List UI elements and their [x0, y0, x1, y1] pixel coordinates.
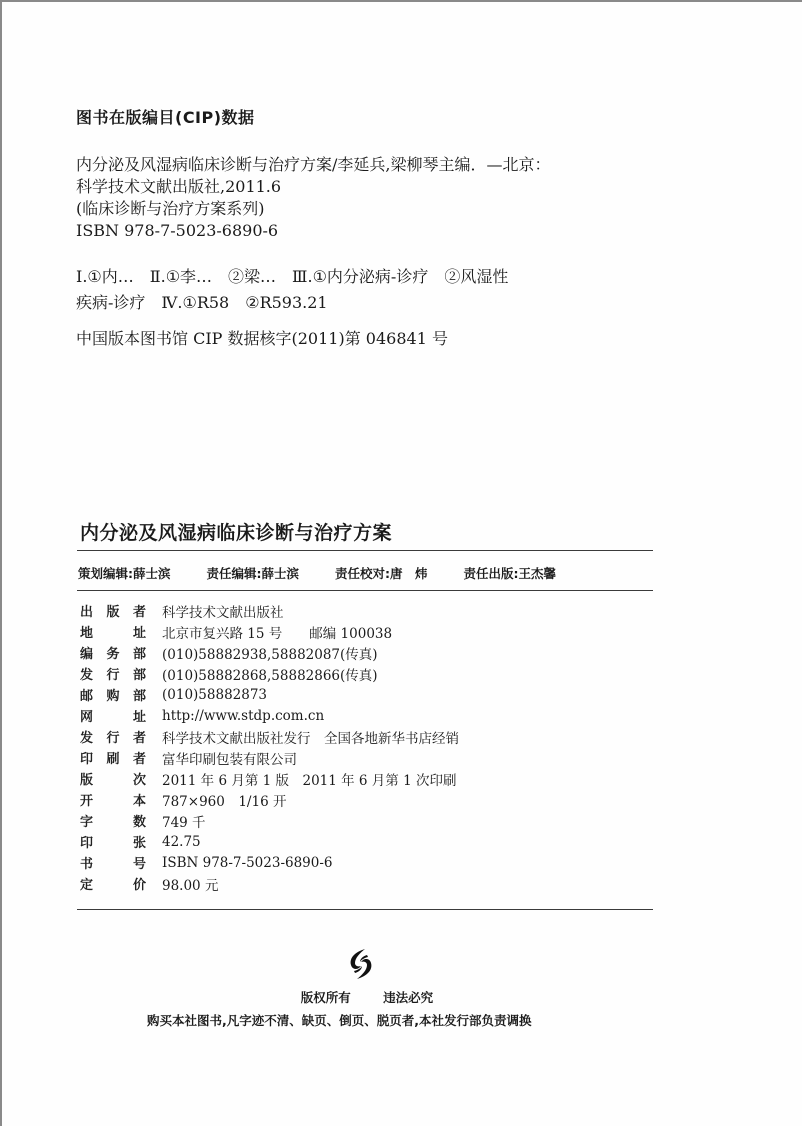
- rights-reserved-text: 版权所有: [301, 990, 351, 1005]
- cip-entry-line: 内分泌及风湿病临床诊断与治疗方案/李延兵,梁柳琴主编．—北京：: [76, 154, 676, 176]
- copyright-notice: 版权所有 违法必究: [2, 988, 732, 1006]
- colophon-value: 科学技术文献出版社发行 全国各地新华书店经销: [162, 727, 459, 747]
- colophon-value: 42.75: [162, 834, 201, 850]
- book-title: 内分泌及风湿病临床诊断与治疗方案: [80, 518, 392, 545]
- colophon-value: 98.00 元: [162, 874, 218, 894]
- colophon-value: ISBN 978-7-5023-6890-6: [162, 855, 333, 871]
- classification-line: Ⅰ.①内… Ⅱ.①李… ②梁… Ⅲ.①内分泌病-诊疗 ②风湿性: [76, 264, 676, 290]
- replacement-notice: 购买本社图书,凡字迹不清、缺页、倒页、脱页者,本社发行部负责调换: [147, 1011, 532, 1029]
- divider: [77, 550, 653, 551]
- colophon-row-format: 开本 787×960 1/16 开: [80, 789, 640, 810]
- colophon-label: 开本: [80, 790, 146, 809]
- cip-heading: 图书在版编目(CIP)数据: [76, 105, 255, 128]
- colophon-label: 发行者: [80, 727, 146, 746]
- colophon-row-price: 定价 98.00 元: [80, 873, 640, 894]
- colophon-label: 网址: [80, 706, 146, 725]
- colophon-value: http://www.stdp.com.cn: [162, 708, 324, 724]
- colophon-row-word-count: 字数 749 千: [80, 810, 640, 831]
- classification-line: 疾病-诊疗 Ⅳ.①R58 ②R593.21: [76, 290, 676, 316]
- colophon-row-mail-order: 邮购部 (010)58882873: [80, 684, 640, 705]
- colophon-value: 787×960 1/16 开: [162, 790, 286, 810]
- cip-entry-line: ISBN 978-7-5023-6890-6: [76, 220, 676, 242]
- colophon-value: 749 千: [162, 811, 206, 831]
- colophon-row-sheets: 印张 42.75: [80, 831, 640, 852]
- cip-entry: 内分泌及风湿病临床诊断与治疗方案/李延兵,梁柳琴主编．—北京： 科学技术文献出版…: [76, 154, 676, 242]
- colophon-row-isbn: 书号 ISBN 978-7-5023-6890-6: [80, 852, 640, 873]
- colophon-value: 科学技术文献出版社: [162, 601, 284, 621]
- colophon-row-printer: 印刷者 富华印刷包装有限公司: [80, 747, 640, 768]
- publisher-swirl-logo-icon: [343, 946, 379, 982]
- colophon-row-publisher: 出版者 科学技术文献出版社: [80, 600, 640, 621]
- colophon-row-distributor: 发行者 科学技术文献出版社发行 全国各地新华书店经销: [80, 726, 640, 747]
- colophon-label: 印张: [80, 832, 146, 851]
- colophon-row-editorial-dept: 编务部 (010)58882938,58882087(传真): [80, 642, 640, 663]
- colophon-row-distribution-dept: 发行部 (010)58882868,58882866(传真): [80, 663, 640, 684]
- cip-entry-line: 科学技术文献出版社,2011.6: [76, 176, 676, 198]
- editor-credit: 责任编辑:薛士滨: [207, 564, 300, 582]
- colophon-value: 2011 年 6 月第 1 版 2011 年 6 月第 1 次印刷: [162, 769, 456, 789]
- editor-credit: 策划编辑:薛士滨: [78, 564, 171, 582]
- document-page: 图书在版编目(CIP)数据 内分泌及风湿病临床诊断与治疗方案/李延兵,梁柳琴主编…: [0, 0, 802, 1126]
- colophon-label: 邮购部: [80, 685, 146, 704]
- colophon-label: 出版者: [80, 601, 146, 620]
- colophon-value: (010)58882868,58882866(传真): [162, 664, 378, 684]
- colophon-value: (010)58882873: [162, 687, 267, 703]
- colophon-label: 发行部: [80, 664, 146, 683]
- divider: [77, 909, 653, 910]
- cip-entry-line: (临床诊断与治疗方案系列): [76, 198, 676, 220]
- colophon-label: 定价: [80, 874, 146, 893]
- colophon-label: 版次: [80, 769, 146, 788]
- colophon-row-website: 网址 http://www.stdp.com.cn: [80, 705, 640, 726]
- colophon-row-address: 地址 北京市复兴路 15 号 邮编 100038: [80, 621, 640, 642]
- colophon-label: 字数: [80, 811, 146, 830]
- infringement-warning-text: 违法必究: [383, 990, 433, 1005]
- colophon-label: 印刷者: [80, 748, 146, 767]
- colophon-label: 编务部: [80, 643, 146, 662]
- editor-credits: 策划编辑:薛士滨 责任编辑:薛士滨 责任校对:唐 炜 责任出版:王杰馨: [78, 564, 658, 582]
- colophon-value: 富华印刷包装有限公司: [162, 748, 297, 768]
- cip-record-number: 中国版本图书馆 CIP 数据核字(2011)第 046841 号: [76, 326, 448, 349]
- colophon-table: 出版者 科学技术文献出版社 地址 北京市复兴路 15 号 邮编 100038 编…: [80, 600, 640, 894]
- colophon-row-edition: 版次 2011 年 6 月第 1 版 2011 年 6 月第 1 次印刷: [80, 768, 640, 789]
- colophon-value: 北京市复兴路 15 号 邮编 100038: [162, 622, 392, 642]
- colophon-value: (010)58882938,58882087(传真): [162, 643, 378, 663]
- cip-classification: Ⅰ.①内… Ⅱ.①李… ②梁… Ⅲ.①内分泌病-诊疗 ②风湿性 疾病-诊疗 Ⅳ.…: [76, 264, 676, 316]
- divider: [77, 590, 653, 591]
- editor-credit: 责任出版:王杰馨: [464, 564, 557, 582]
- colophon-label: 地址: [80, 622, 146, 641]
- editor-credit: 责任校对:唐 炜: [335, 564, 428, 582]
- colophon-label: 书号: [80, 853, 146, 872]
